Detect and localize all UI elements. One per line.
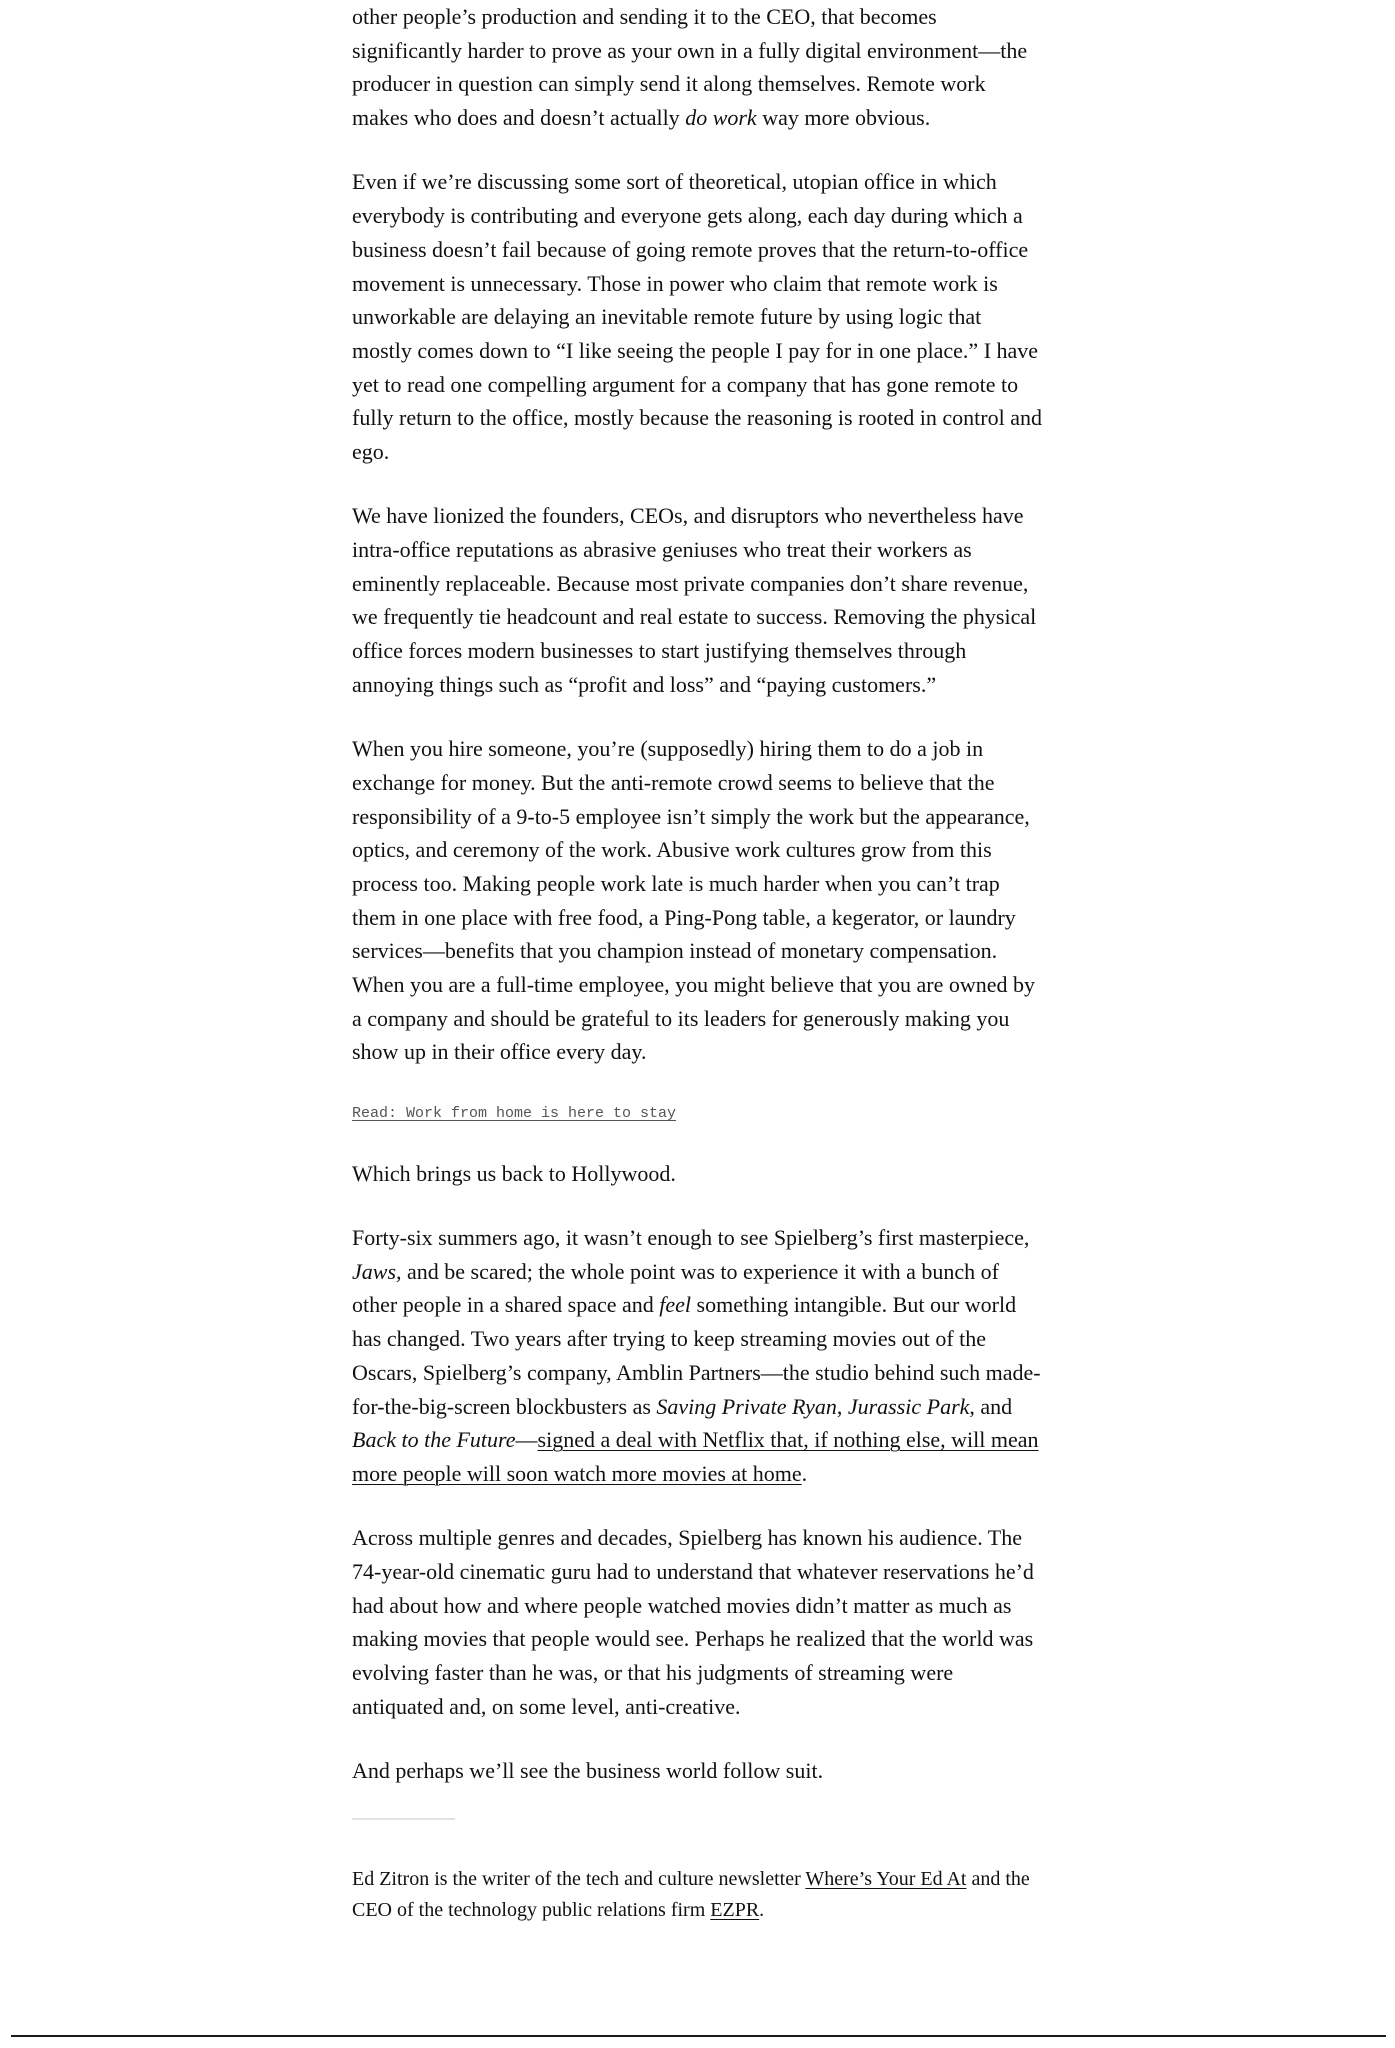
- paragraph-8: And perhaps we’ll see the business world…: [352, 1754, 1042, 1788]
- ezpr-link[interactable]: EZPR: [710, 1899, 759, 1921]
- paragraph-text: Which brings us back to Hollywood.: [352, 1161, 676, 1186]
- paragraph-2: Even if we’re discussing some sort of th…: [352, 165, 1042, 468]
- paragraph-7: Across multiple genres and decades, Spie…: [352, 1521, 1042, 1723]
- paragraph-text: Forty-six summers ago, it wasn’t enough …: [352, 1225, 1029, 1250]
- paragraph-text: .: [802, 1461, 808, 1486]
- paragraph-text: Even if we’re discussing some sort of th…: [352, 169, 1042, 464]
- bio-text: Ed Zitron is the writer of the tech and …: [352, 1868, 805, 1890]
- paragraph-6: Forty-six summers ago, it wasn’t enough …: [352, 1221, 1042, 1491]
- related-article-link[interactable]: Read: Work from home is here to stay: [352, 1105, 676, 1122]
- emphasis-feel: feel: [659, 1292, 691, 1317]
- paragraph-3: We have lionized the founders, CEOs, and…: [352, 499, 1042, 701]
- paragraph-text: When you hire someone, you’re (supposedl…: [352, 736, 1035, 1064]
- title-jurassic-park: Jurassic Park: [848, 1394, 970, 1419]
- newsletter-link[interactable]: Where’s Your Ed At: [805, 1868, 966, 1890]
- emphasis-do-work: do work: [685, 105, 757, 130]
- paragraph-text: And perhaps we’ll see the business world…: [352, 1758, 823, 1783]
- author-bio: Ed Zitron is the writer of the tech and …: [352, 1864, 1042, 1926]
- footer-divider: [11, 2035, 1386, 2037]
- title-saving-private-ryan: Saving Private Ryan: [656, 1394, 836, 1419]
- bio-text: .: [759, 1899, 764, 1921]
- related-article: Read: Work from home is here to stay: [352, 1100, 1042, 1124]
- paragraph-text: We have lionized the founders, CEOs, and…: [352, 503, 1036, 697]
- paragraph-5: Which brings us back to Hollywood.: [352, 1157, 1042, 1191]
- article-body: other people’s production and sending it…: [352, 0, 1042, 1957]
- title-back-to-the-future: Back to the Future: [352, 1427, 516, 1452]
- paragraph-text: , and: [969, 1394, 1012, 1419]
- emphasis-jaws: Jaws,: [352, 1259, 402, 1284]
- article-end-separator: [352, 1818, 455, 1820]
- paragraph-text: Across multiple genres and decades, Spie…: [352, 1525, 1034, 1719]
- paragraph-4: When you hire someone, you’re (supposedl…: [352, 732, 1042, 1069]
- paragraph-text: —: [516, 1427, 538, 1452]
- paragraph-text: ,: [837, 1394, 848, 1419]
- paragraph-text: way more obvious.: [757, 105, 931, 130]
- paragraph-1: other people’s production and sending it…: [352, 0, 1042, 135]
